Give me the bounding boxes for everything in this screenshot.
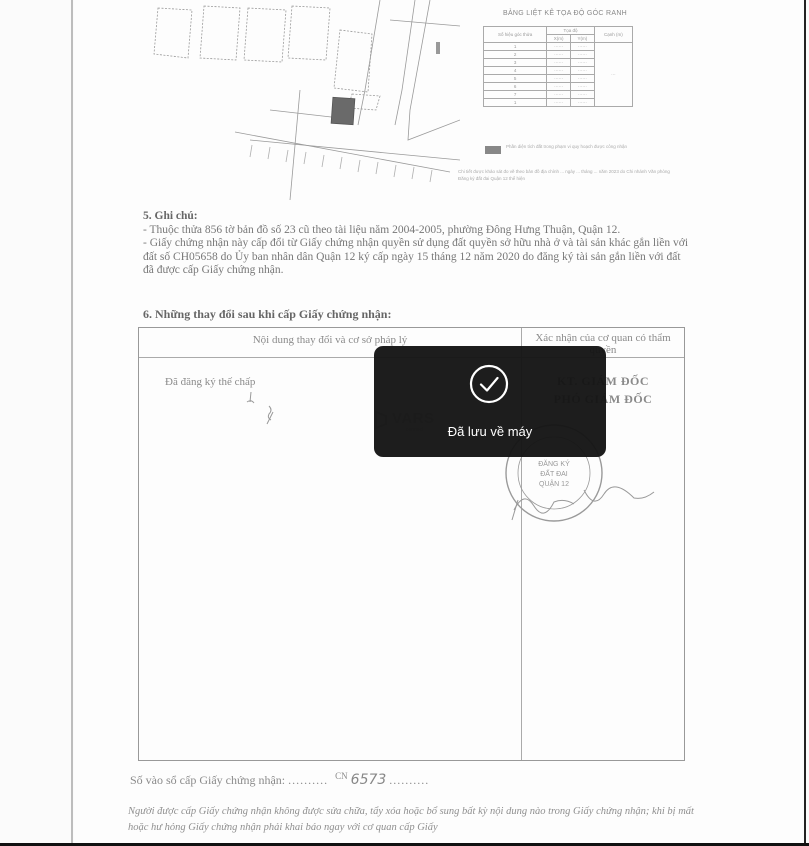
coord-row-id: 1	[484, 99, 547, 107]
cadastral-map	[140, 0, 460, 200]
checkmark-circle-icon	[469, 364, 509, 404]
coord-row-id: 4	[484, 67, 547, 75]
coord-header-point: Số hiệu góc thửa	[484, 27, 547, 43]
register-number-line: Số vào sổ cấp Giấy chứng nhận: .........…	[130, 771, 429, 788]
map-legend-swatch	[485, 146, 501, 154]
note-line: - Giấy chứng nhận này cấp đổi từ Giấy ch…	[143, 237, 693, 278]
coord-header-x: X(m)	[547, 35, 571, 43]
initials-mark	[239, 390, 289, 428]
register-number: 6573	[351, 772, 387, 788]
image-viewer: BẢNG LIỆT KÊ TỌA ĐỘ GÓC RANH Số hiệu góc…	[0, 0, 809, 846]
viewer-right-edge	[804, 0, 806, 846]
coord-row-id: 3	[484, 59, 547, 67]
coord-header-y: Y(m)	[570, 35, 594, 43]
map-note: Chi tiết được khảo sát đo vẽ theo bản đồ…	[458, 168, 673, 182]
coord-row-id: 6	[484, 83, 547, 91]
register-prefix: CN	[335, 771, 348, 781]
toast-message: Đã lưu về máy	[374, 424, 606, 439]
warning-text: Người được cấp Giấy chứng nhận không đượ…	[128, 804, 698, 836]
coord-row-id: 5	[484, 75, 547, 83]
coord-row-id: 2	[484, 51, 547, 59]
coord-header-coords: Tọa độ	[547, 27, 594, 35]
coordinate-table: Số hiệu góc thửa Tọa độ Cạnh (m) X(m) Y(…	[483, 26, 633, 107]
change-entry: Đã đăng ký thế chấp	[165, 376, 255, 388]
coord-header-edge: Cạnh (m)	[594, 27, 632, 43]
signature	[504, 480, 664, 522]
map-legend-text: Phần diện tích đất trong phạm vi quy hoạ…	[506, 144, 636, 150]
notes-section: 5. Ghi chú: - Thuộc thửa 856 tờ bản đồ s…	[143, 210, 693, 278]
svg-text:ĐẤT ĐAI: ĐẤT ĐAI	[540, 468, 568, 478]
note-line: - Thuộc thửa 856 tờ bản đồ số 23 cũ theo…	[143, 224, 693, 238]
notes-heading: 5. Ghi chú:	[143, 210, 693, 224]
page-left-edge	[71, 0, 73, 846]
coord-table-title: BẢNG LIỆT KÊ TỌA ĐỘ GÓC RANH	[490, 10, 640, 17]
changes-heading: 6. Những thay đổi sau khi cấp Giấy chứng…	[143, 307, 391, 322]
register-label: Số vào sổ cấp Giấy chứng nhận:	[130, 773, 285, 787]
coord-row-id: 7	[484, 91, 547, 99]
coord-row-id: 1	[484, 43, 547, 51]
changes-col-content-header: Nội dung thay đổi và cơ sở pháp lý	[139, 334, 521, 346]
saved-toast: Đã lưu về máy	[374, 346, 606, 457]
svg-text:ĐĂNG KÝ: ĐĂNG KÝ	[538, 459, 570, 468]
